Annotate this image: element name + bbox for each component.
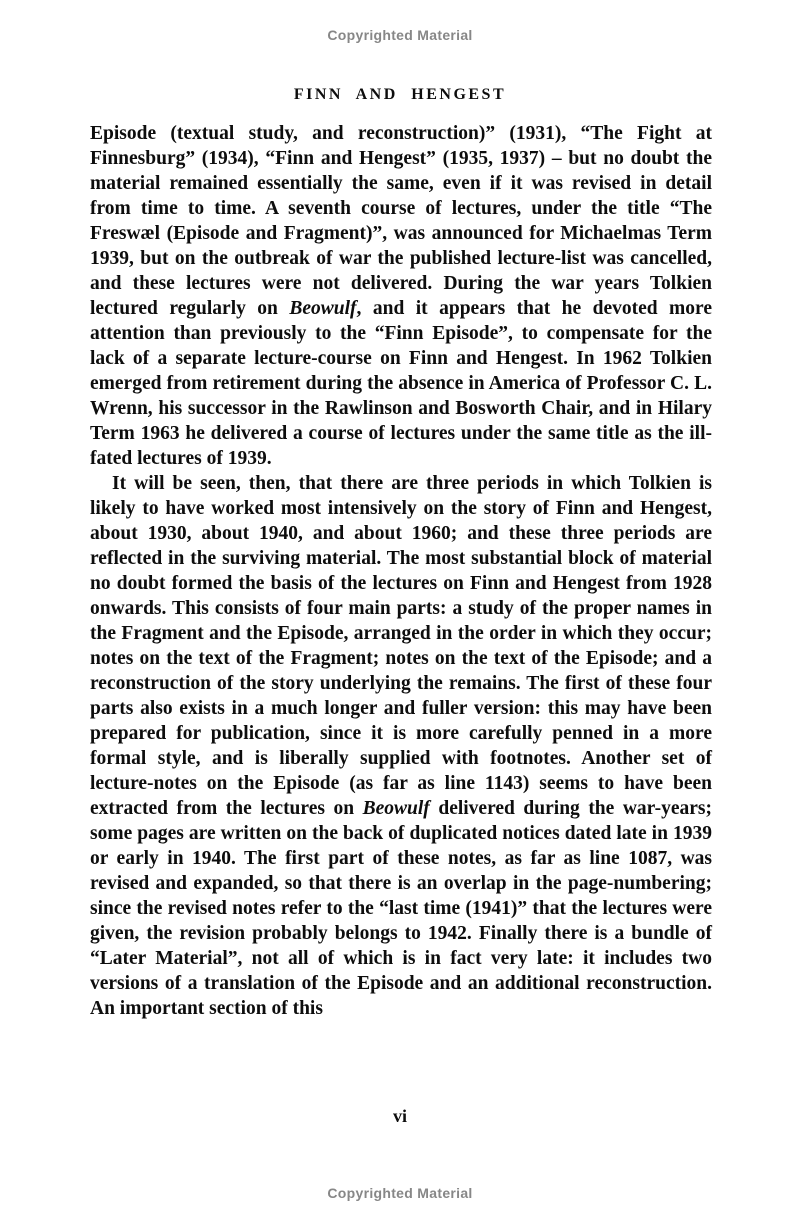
italic-text-run: Beowulf xyxy=(289,298,356,319)
book-page: Copyrighted Material FINN AND HENGEST Ep… xyxy=(0,0,800,1230)
paragraph: Episode (textual study, and reconstructi… xyxy=(90,121,712,471)
copyright-notice-bottom: Copyrighted Material xyxy=(0,1185,800,1201)
paragraph: It will be seen, then, that there are th… xyxy=(90,471,712,1021)
running-head-title: FINN AND HENGEST xyxy=(0,86,800,104)
text-run: , and it appears that he devoted more at… xyxy=(90,298,712,469)
text-run: delivered during the war-years; some pag… xyxy=(90,798,712,1019)
text-run: It will be seen, then, that there are th… xyxy=(90,473,712,819)
page-number: vi xyxy=(0,1106,800,1127)
body-text: Episode (textual study, and reconstructi… xyxy=(90,121,712,1021)
text-run: Episode (textual study, and reconstructi… xyxy=(90,123,712,319)
copyright-notice-top: Copyrighted Material xyxy=(0,27,800,43)
italic-text-run: Beowulf xyxy=(363,798,430,819)
